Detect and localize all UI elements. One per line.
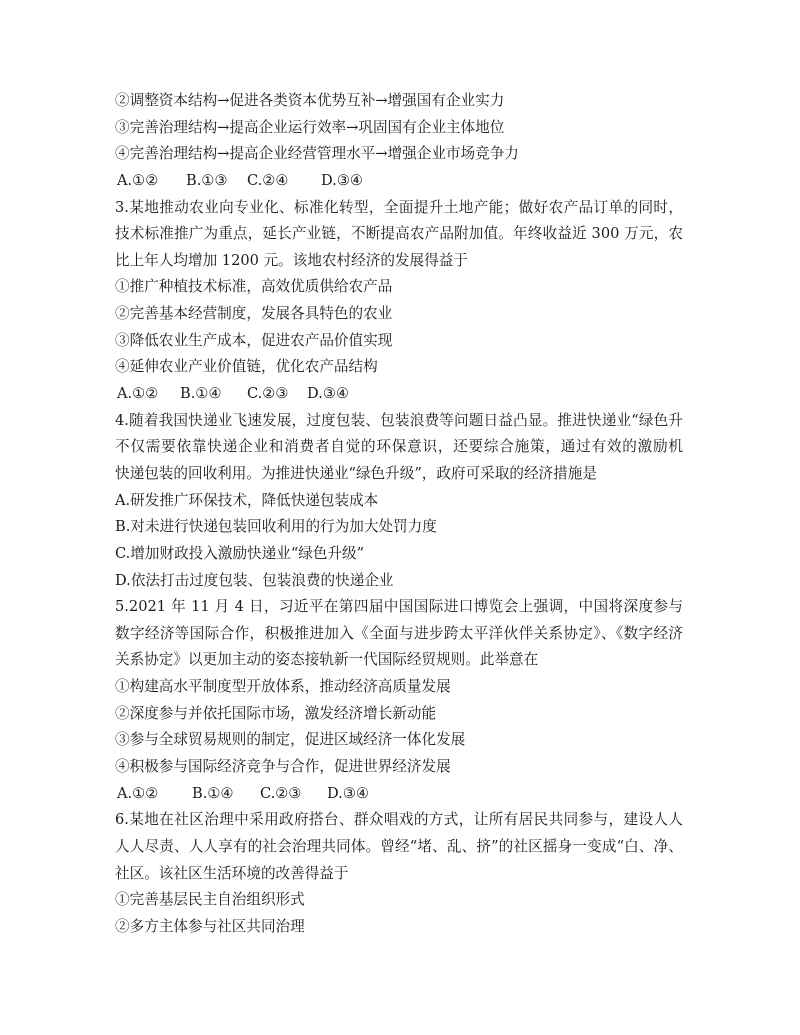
q5-stem-line-3: 关系协定》以更加主动的姿态接轨新一代国际经贸规则。此举意在 [115,647,683,674]
q2-item-4: ④完善治理结构→提高企业经营管理水平→增强企业市场竞争力 [115,141,683,168]
q5-item-2: ②深度参与并依托国际市场，激发经济增长新动能 [115,701,683,728]
q2-item-3: ③完善治理结构→提高企业运行效率→巩固国有企业主体地位 [115,115,683,142]
q3-option-c[interactable]: C.②③ [247,381,288,408]
question-3: 3.某地推动农业向专业化、标准化转型，全面提升土地产能；做好农产品订单的同时，以… [115,195,683,408]
q5-option-d[interactable]: D.③④ [327,781,369,808]
q6-item-2: ②多方主体参与社区共同治理 [115,914,683,941]
q3-item-4: ④延伸农业产业价值链，优化农产品结构 [115,354,683,381]
q2-option-c[interactable]: C.②④ [247,168,288,195]
q6-stem-line-3: 社区。该社区生活环境的改善得益于 [115,861,683,888]
q5-option-c[interactable]: C.②③ [260,781,301,808]
q3-option-b[interactable]: B.①④ [180,381,222,408]
q4-option-d[interactable]: D.依法打击过度包装、包装浪费的快递企业 [115,568,683,595]
q3-options: A.①② B.①④ C.②③ D.③④ [115,381,683,408]
q3-option-d[interactable]: D.③④ [307,381,349,408]
q5-options: A.①② B.①④ C.②③ D.③④ [115,781,683,808]
q2-options: A.①② B.①③ C.②④ D.③④ [115,168,683,195]
q3-item-3: ③降低农业生产成本，促进农产品价值实现 [115,328,683,355]
exam-page: ②调整资本结构→促进各类资本优势互补→增强国有企业实力 ③完善治理结构→提高企业… [115,88,683,941]
q6-stem-line-2: 人人尽责、人人享有的社会治理共同体。曾经“堵、乱、挤”的社区摇身一变成“白、净、… [115,834,683,861]
q2-option-a[interactable]: A.①② [117,168,158,195]
q2-option-b[interactable]: B.①③ [186,168,228,195]
q2-item-2: ②调整资本结构→促进各类资本优势互补→增强国有企业实力 [115,88,683,115]
q3-stem-line-2: 技术标准推广为重点，延长产业链，不断提高农产品附加值。年终收益近 300 万元，… [115,221,683,248]
q4-stem-line-1: 4.随着我国快递业飞速发展，过度包装、包装浪费等问题日益凸显。推进快递业“绿色升… [115,408,683,435]
q4-stem-line-2: 不仅需要依靠快递企业和消费者自觉的环保意识，还要综合施策，通过有效的激励机制，促… [115,434,683,461]
q3-item-2: ②完善基本经营制度，发展各具特色的农业 [115,301,683,328]
q3-stem-line-3: 比上年人均增加 1200 元。该地农村经济的发展得益于 [115,248,683,275]
q4-option-a[interactable]: A.研发推广环保技术，降低快递包装成本 [115,488,683,515]
q3-item-1: ①推广种植技术标准，高效优质供给农产品 [115,274,683,301]
question-5: 5.2021 年 11 月 4 日，习近平在第四届中国国际进口博览会上强调，中国… [115,594,683,807]
q5-option-a[interactable]: A.①② [117,781,158,808]
q3-option-a[interactable]: A.①② [117,381,158,408]
question-6: 6.某地在社区治理中采用政府搭台、群众唱戏的方式，让所有居民共同参与，建设人人有… [115,807,683,940]
q5-item-3: ③参与全球贸易规则的制定，促进区域经济一体化发展 [115,727,683,754]
question-2: ②调整资本结构→促进各类资本优势互补→增强国有企业实力 ③完善治理结构→提高企业… [115,88,683,195]
q6-stem-line-1: 6.某地在社区治理中采用政府搭台、群众唱戏的方式，让所有居民共同参与，建设人人有… [115,807,683,834]
q6-item-1: ①完善基层民主自治组织形式 [115,887,683,914]
q5-item-1: ①构建高水平制度型开放体系，推动经济高质量发展 [115,674,683,701]
q5-item-4: ④积极参与国际经济竞争与合作，促进世界经济发展 [115,754,683,781]
q2-option-d[interactable]: D.③④ [321,168,363,195]
q5-stem-line-2: 数字经济等国际合作，积极推进加入《全面与进步跨太平洋伙伴关系协定》、《数字经济伙… [115,621,683,648]
q4-option-c[interactable]: C.增加财政投入激励快递业“绿色升级” [115,541,683,568]
q4-option-b[interactable]: B.对未进行快递包装回收利用的行为加大处罚力度 [115,514,683,541]
q5-stem-line-1: 5.2021 年 11 月 4 日，习近平在第四届中国国际进口博览会上强调，中国… [115,594,683,621]
question-4: 4.随着我国快递业飞速发展，过度包装、包装浪费等问题日益凸显。推进快递业“绿色升… [115,408,683,594]
q4-stem-line-3: 快递包装的回收利用。为推进快递业“绿色升级”，政府可采取的经济措施是 [115,461,683,488]
q5-option-b[interactable]: B.①④ [192,781,234,808]
q3-stem-line-1: 3.某地推动农业向专业化、标准化转型，全面提升土地产能；做好农产品订单的同时，以… [115,195,683,222]
